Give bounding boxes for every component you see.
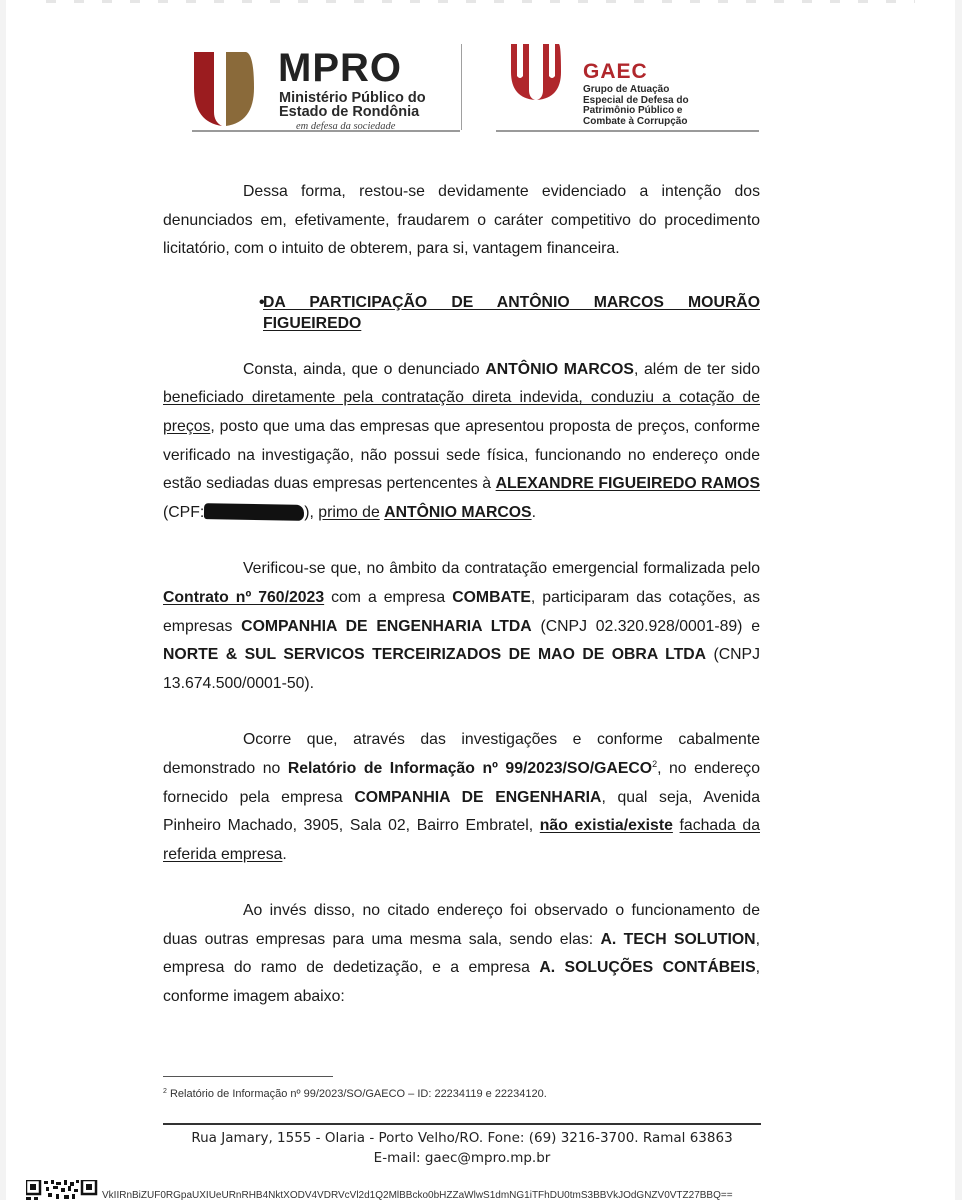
header-separator [461, 44, 462, 130]
mpro-header: MPRO Ministério Público do Estado de Ron… [192, 44, 457, 130]
gaec-title: GAEC [583, 60, 648, 84]
section-heading: • DA PARTICIPAÇÃO DE ANTÔNIO MARCOS MOUR… [263, 292, 760, 334]
footnote: 2 Relatório de Informação nº 99/2023/SO/… [163, 1088, 547, 1100]
footer-address-line: Rua Jamary, 1555 - Olaria - Porto Velho/… [163, 1128, 761, 1148]
document-body: Dessa forma, restou-se devidamente evide… [163, 178, 760, 1012]
document-page: MPRO Ministério Público do Estado de Ron… [6, 0, 955, 1200]
paragraph-3: Verificou-se que, no âmbito da contrataç… [163, 555, 760, 698]
footer-address: Rua Jamary, 1555 - Olaria - Porto Velho/… [163, 1128, 761, 1168]
header-rule-left [192, 130, 460, 132]
footnote-rule [163, 1076, 333, 1077]
gaec-subtitle-line: Grupo de Atuação [583, 85, 689, 96]
mpro-subtitle-2: Estado de Rondônia [279, 105, 419, 120]
paragraph-5: Ao invés disso, no citado endereço foi o… [163, 897, 760, 1011]
footer-rule [163, 1123, 761, 1125]
gaec-header: GAEC Grupo de Atuação Especial de Defesa… [506, 40, 766, 132]
gaec-shield-logo-icon [509, 42, 563, 102]
footer-email[interactable]: E-mail: gaec@mpro.mp.br [163, 1148, 761, 1168]
bullet-icon: • [259, 292, 265, 313]
gaec-subtitle: Grupo de Atuação Especial de Defesa do P… [583, 85, 689, 127]
paragraph-4: Ocorre que, através das investigações e … [163, 726, 760, 869]
qr-code-icon[interactable] [26, 1180, 98, 1200]
top-edge-artifact [46, 0, 915, 3]
gaec-subtitle-line: Combate à Corrupção [583, 117, 689, 128]
signature-hash: VkIIRnBiZUF0RGpaUXIUeURnRHB4NktXODV4VDRV… [102, 1190, 733, 1200]
gaec-subtitle-line: Patrimônio Público e [583, 106, 689, 117]
footnote-text: Relatório de Informação nº 99/2023/SO/GA… [167, 1088, 547, 1100]
mpro-title: MPRO [278, 48, 402, 88]
paragraph-2: Consta, ainda, que o denunciado ANTÔNIO … [163, 356, 760, 528]
paragraph-1: Dessa forma, restou-se devidamente evide… [163, 178, 760, 264]
header-rule-right [496, 130, 759, 132]
redacted-cpf [204, 503, 304, 521]
section-heading-text: DA PARTICIPAÇÃO DE ANTÔNIO MARCOS MOURÃO… [263, 292, 760, 334]
mpro-shield-logo-icon [192, 48, 256, 128]
